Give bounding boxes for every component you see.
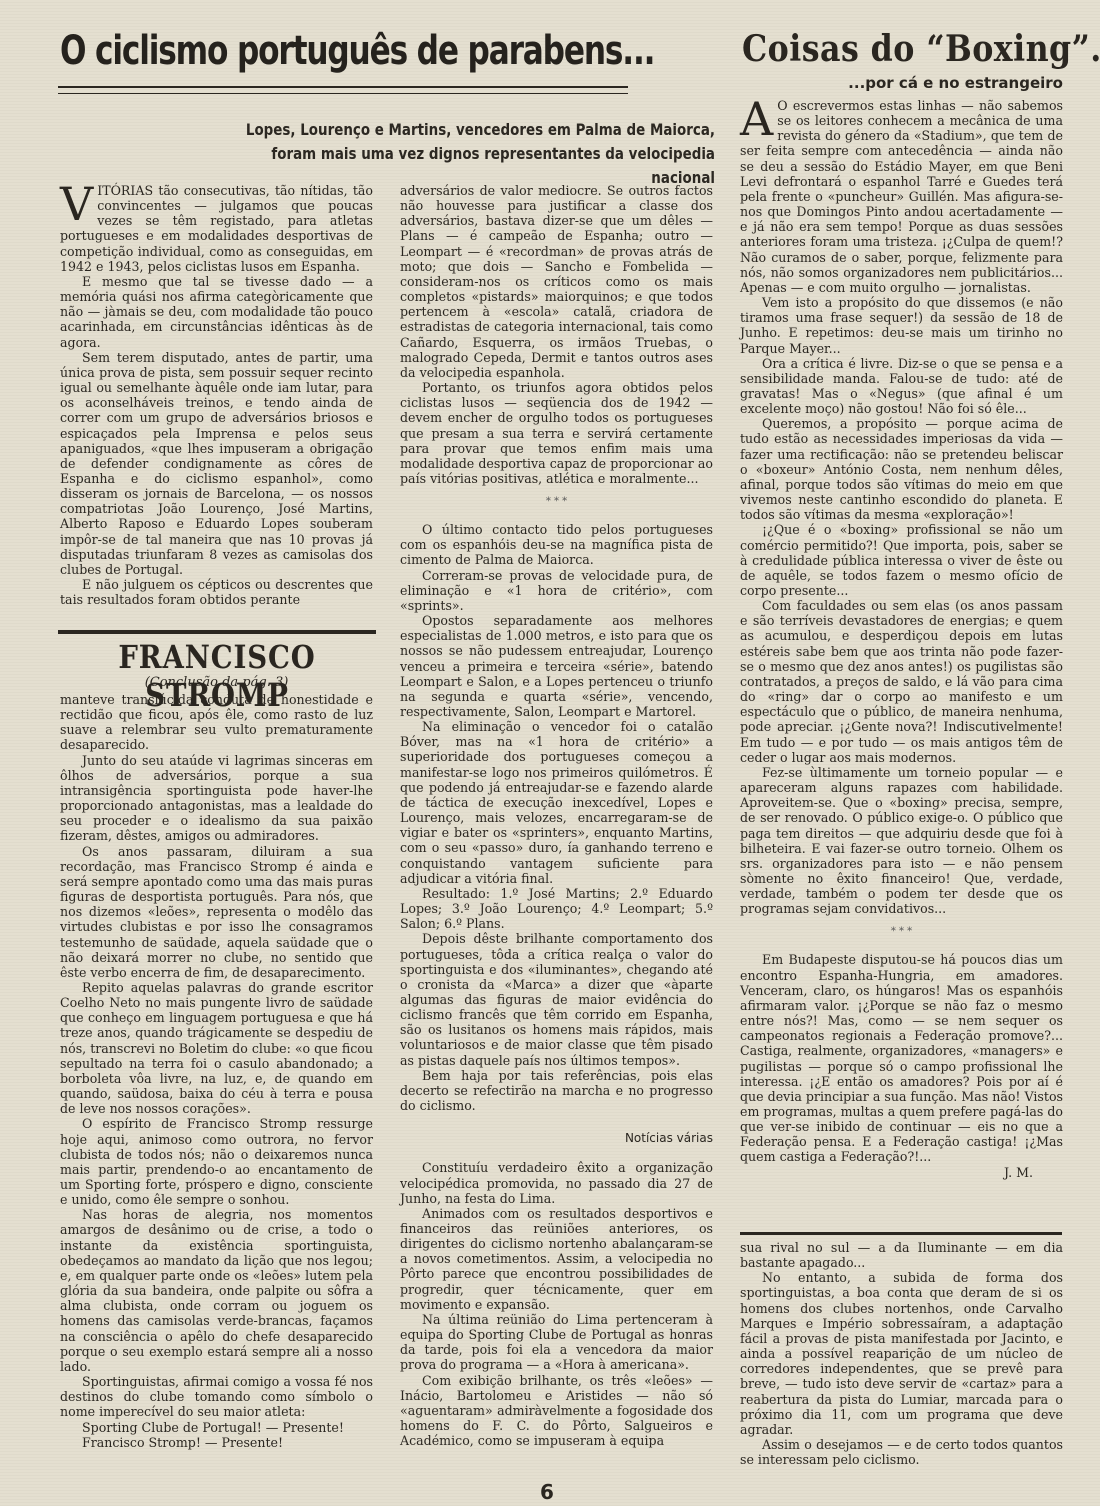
news-paragraph: Na última reünião do Lima pertenceram à … [400,1312,713,1373]
cycling-column-3: sua rival no sul — a da Iluminante — em … [740,1240,1063,1467]
boxing-paragraph: Fez-se ùltimamente um torneio popular — … [740,765,1063,917]
news-paragraph: Constituíu verdadeiro êxito a organizaçã… [400,1160,713,1205]
boxing-paragraph: Com faculdades ou sem elas (os anos pass… [740,598,1063,765]
boxing-paragraph: ¡¿Que é o «boxing» profissional se não u… [740,522,1063,598]
dropcap-a: A [740,100,773,138]
boxing-paragraph: Queremos, a propósito — porque acima de … [740,416,1063,522]
stromp-paragraph: Os anos passaram, diluiram a sua recorda… [60,844,373,980]
stromp-paragraph: Francisco Stromp! — Presente! [60,1435,373,1450]
cycling-headline: O ciclismo português de parabens... [60,28,505,74]
headline-rule [58,86,628,94]
stromp-paragraph: Sportinguistas, afirmai comigo a vossa f… [60,1374,373,1419]
stromp-column: manteve translúcida conduta de honestida… [60,692,373,1450]
stromp-paragraph: manteve translúcida conduta de honestida… [60,692,373,753]
cycling-paragraph: E não julguem os cépticos ou descrentes … [60,577,373,607]
boxing-column: AO escrevermos estas linhas — não sabemo… [740,98,1063,1180]
cycling-paragraph: Depois dêste brilhante comportamento dos… [400,931,713,1067]
news-section-label: Notícias várias [400,1131,713,1146]
cycling-paragraph: No entanto, a subida de forma dos sporti… [740,1270,1063,1437]
stromp-subtitle: (Conclusão da pág. 3) [60,675,373,690]
cycling-subhead: Lopes, Lourenço e Martins, vencedores em… [240,118,715,190]
stromp-paragraph: Repito aquelas palavras do grande escrit… [60,980,373,1116]
section-stars: * * * [400,496,713,508]
cycling-paragraph: VITÓRIAS tão consecutivas, tão nítidas, … [60,183,373,274]
cycling-paragraph: O último contacto tido pelos portugueses… [400,522,713,567]
cycling-paragraph: E mesmo que tal se tivesse dado — a memó… [60,274,373,350]
cycling-paragraph: Na eliminação o vencedor foi o catalão B… [400,719,713,886]
dropcap-v: V [60,185,93,223]
cycling-paragraph: Bem haja por tais referências, pois elas… [400,1068,713,1113]
page-number: 6 [540,1480,554,1504]
cycling-results: Resultado: 1.º José Martins; 2.º Eduardo… [400,886,713,931]
stromp-paragraph: O espírito de Francisco Stromp ressurge … [60,1116,373,1207]
section-stars: * * * [740,926,1063,938]
section-divider [740,1232,1062,1235]
cycling-paragraph: Sem terem disputado, antes de partir, um… [60,350,373,577]
cycling-column-1: VITÓRIAS tão consecutivas, tão nítidas, … [60,183,373,607]
boxing-paragraph: AO escrevermos estas linhas — não sabemo… [740,98,1063,295]
stromp-paragraph: Junto do seu ataúde vi lagrimas sinceras… [60,753,373,844]
cycling-paragraph: adversários de valor mediocre. Se outros… [400,183,713,380]
boxing-paragraph: Vem isto a propósito do que dissemos (e … [740,295,1063,356]
cycling-column-2: adversários de valor mediocre. Se outros… [400,183,713,1448]
news-paragraph: Animados com os resultados desportivos e… [400,1206,713,1312]
stromp-paragraph: Sporting Clube de Portugal! — Presente! [60,1420,373,1435]
stromp-paragraph: Nas horas de alegria, nos momentos amarg… [60,1207,373,1374]
cycling-paragraph: sua rival no sul — a da Iluminante — em … [740,1240,1063,1270]
cycling-subhead-line-1: Lopes, Lourenço e Martins, vencedores em… [240,118,715,142]
cycling-paragraph: Portanto, os triunfos agora obtidos pelo… [400,380,713,486]
boxing-paragraph: Ora a crítica é livre. Diz-se o que se p… [740,356,1063,417]
cycling-paragraph: Opostos separadamente aos melhores espec… [400,613,713,719]
cycling-paragraph: Assim o desejamos — e de certo todos qua… [740,1437,1063,1467]
news-paragraph: Com exibição brilhante, os três «leões» … [400,1373,713,1449]
cycling-paragraph: Correram-se provas de velocidade pura, d… [400,568,713,613]
boxing-subtitle: ...por cá e no estrangeiro [740,74,1063,92]
boxing-paragraph: Em Budapeste disputou-se há poucos dias … [740,952,1063,1164]
section-divider [58,630,376,634]
newspaper-page: O ciclismo português de parabens... Lope… [0,0,1100,1506]
boxing-signature: J. M. [740,1165,1033,1180]
boxing-title: Coisas do “Boxing”... [742,28,1032,70]
